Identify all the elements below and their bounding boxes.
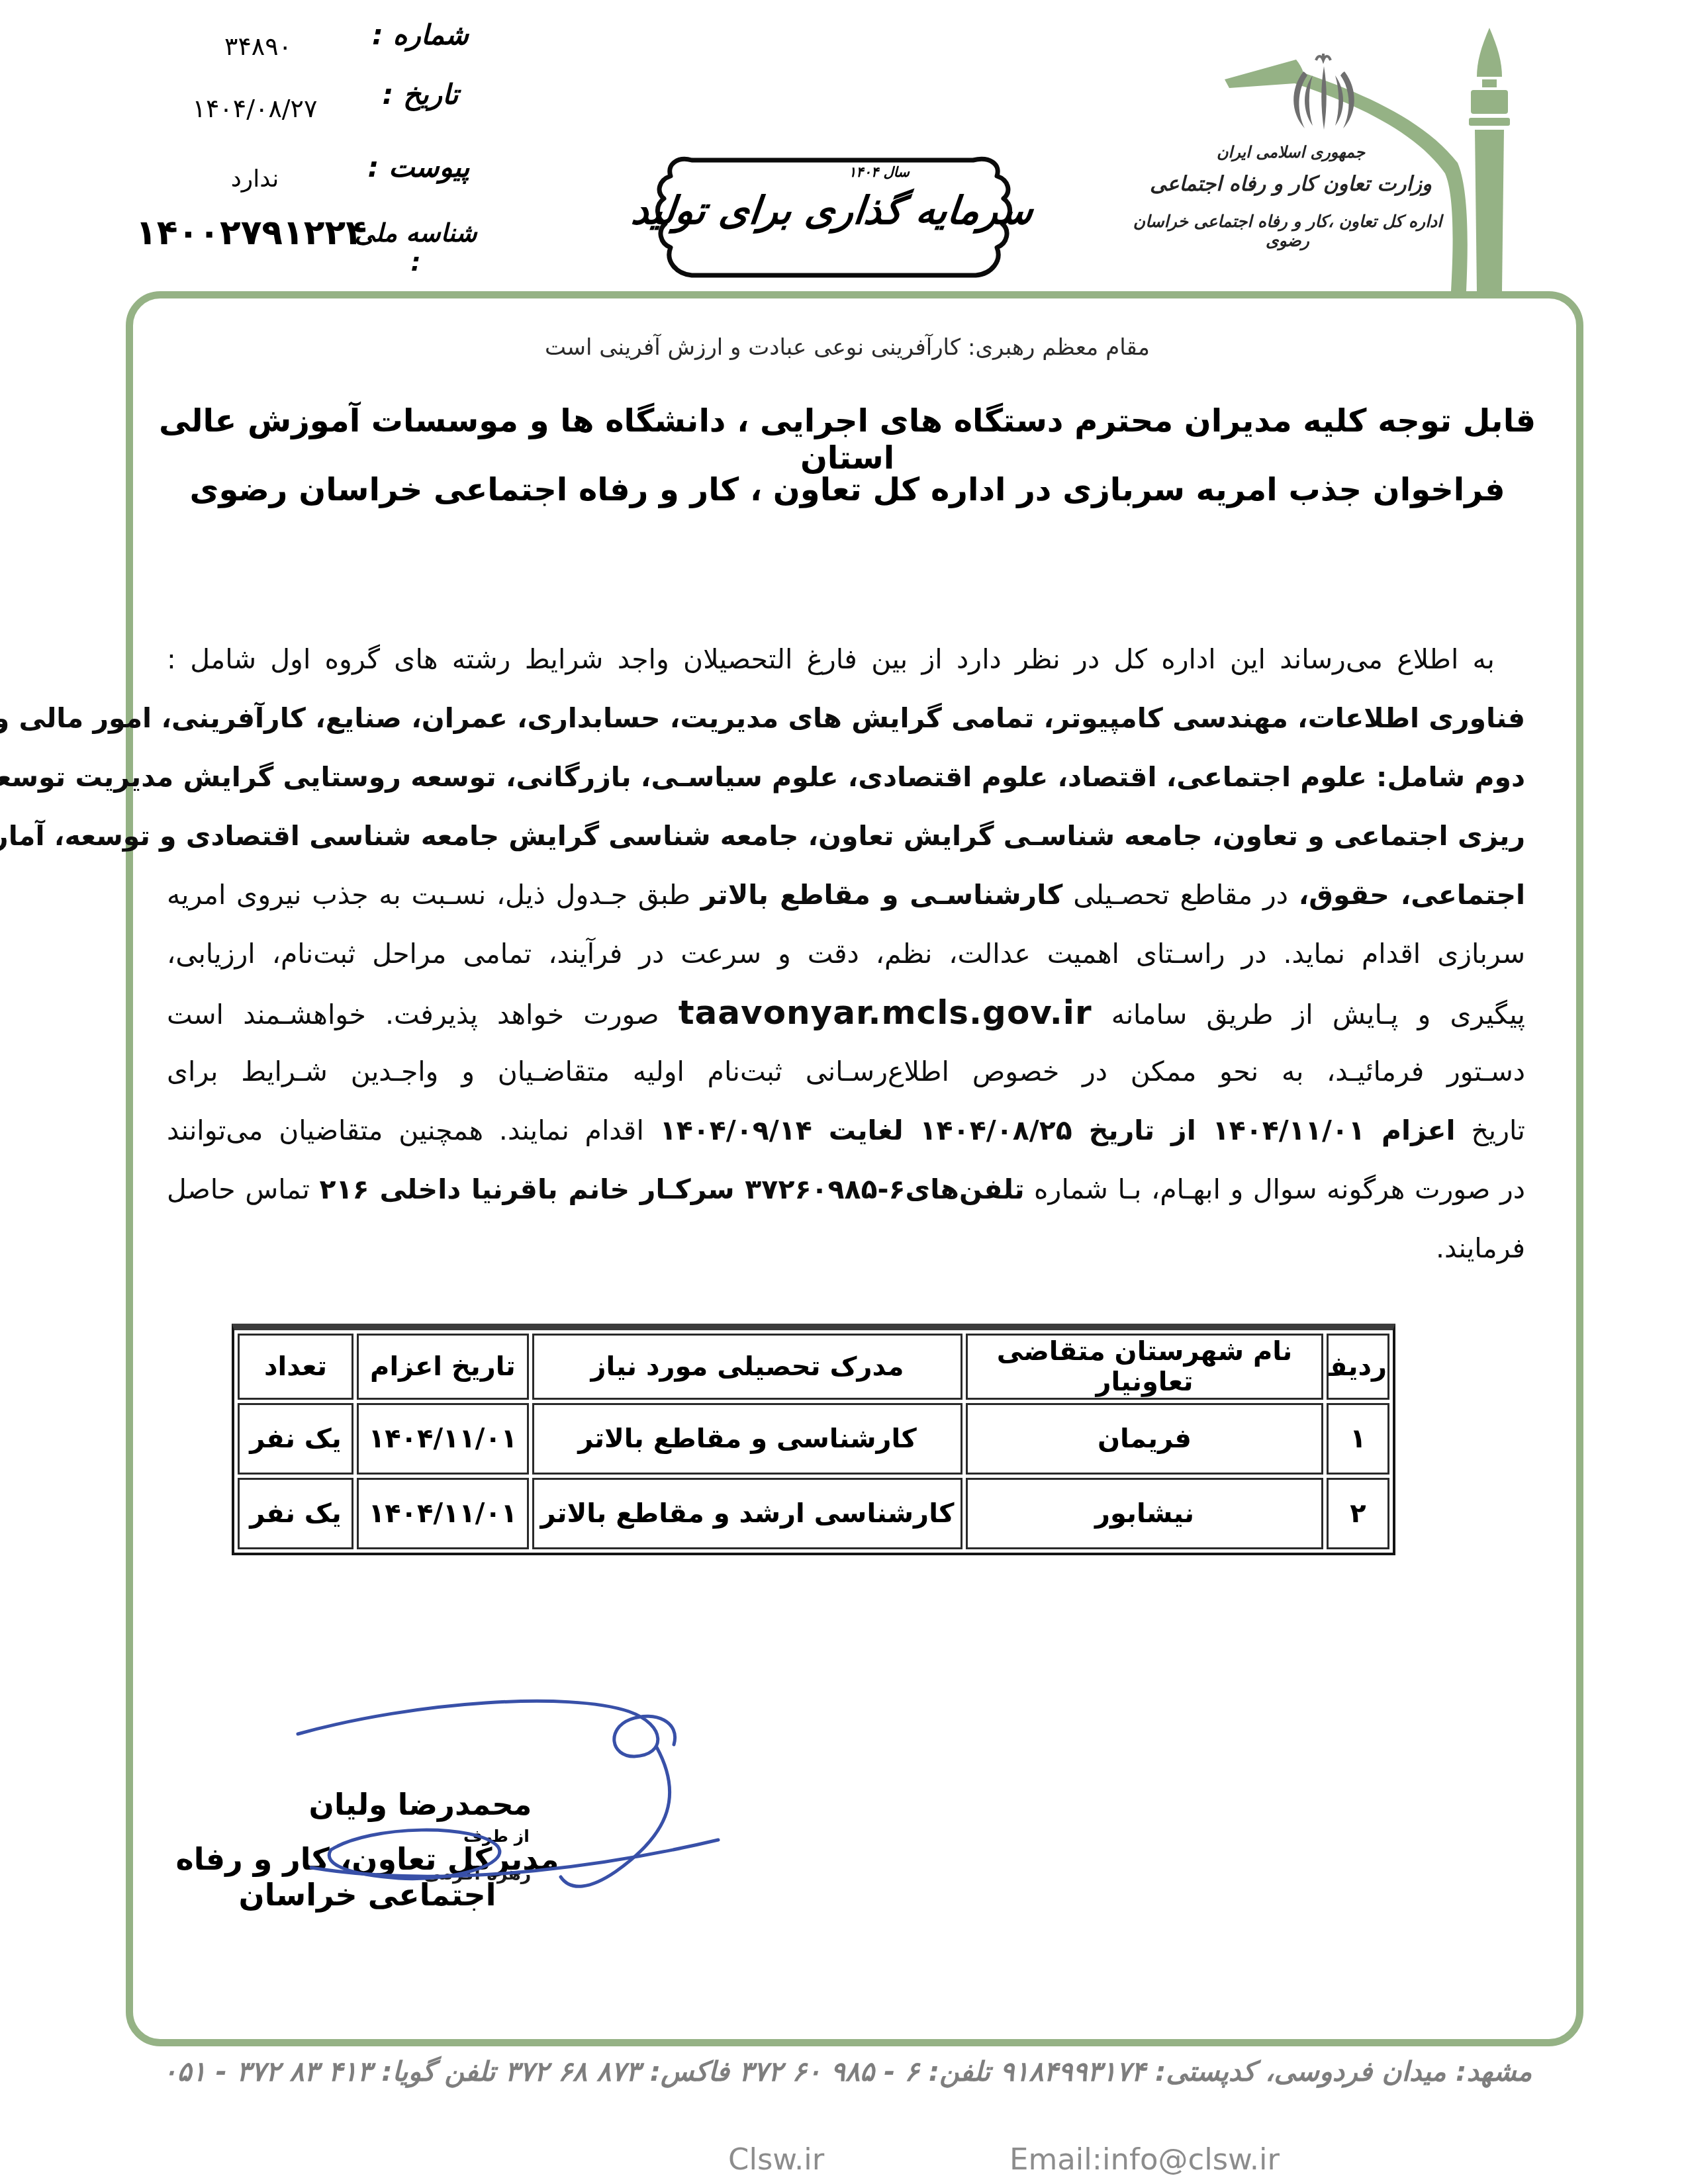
footer-phone-number: ۳۷۲ ۶۰ ۹۸۵ - ۶ (739, 2056, 919, 2087)
table-cell: ۲ (1327, 1478, 1389, 1549)
table-header-cell: تاریخ اعزام (357, 1334, 529, 1400)
slogan-text: سرمایه گذاری برای تولید (626, 188, 1038, 233)
table-cell: نیشابور (966, 1478, 1323, 1549)
logo-office-line: اداره کل تعاون ،کار و رفاه اجتماعی خراسا… (1115, 212, 1460, 250)
footer-phone-number: ۰۵۱ - ۳۷۲ ۸۳ ۴۱۳ (163, 2056, 372, 2087)
leader-quote: مقام معظم رهبری: کارآفرینی نوعی عبادت و … (126, 334, 1569, 361)
body-run: تلفن‌های۶-۳۷۲۶۰۹۸۵ سرکـار خانم باقرنیا د… (320, 1173, 1025, 1205)
body-run: اعزام ۱۴۰۴/۱۱/۰۱ از تاریخ ۱۴۰۴/۰۸/۲۵ لغا… (660, 1115, 1456, 1146)
table-header-cell: ردیف (1327, 1334, 1389, 1400)
body-run: در صورت هرگونه سوال و ابهـام، بـا شماره (1025, 1173, 1525, 1205)
official-letter-page: شماره : ۳۴۸۹۰ تاریخ : ۱۴۰۴/۰۸/۲۷ پیوست :… (0, 0, 1688, 2184)
table-cell: یک نفر (238, 1478, 353, 1549)
attachment-label: پیوست : (361, 151, 477, 183)
date-label: تاریخ : (367, 78, 473, 111)
body-run: صورت خواهد پذیرفت. خواهشـمند است (167, 999, 679, 1030)
body-run: طبق جـدول ذیل، نسـبت به جذب نیروی امریه (167, 879, 701, 911)
logo-country-line: جمهوری اسلامی ایران (1125, 143, 1456, 161)
body-paragraph: به اطلاع می‌رساند این اداره کل در نظر دا… (167, 630, 1525, 1278)
table-header-cell: تعداد (238, 1334, 353, 1400)
body-run: ریزی اجتماعی و تعاون، جامعه شناسـی گرایش… (0, 820, 1525, 852)
body-run: در مقاطع تحصـیلی (1062, 879, 1298, 911)
footer-phone-number: ۳۷۲ ۶۸ ۸۷۳ (505, 2056, 641, 2087)
table-header-row: ردیفنام شهرستان متقاضی تعاونیارمدرک تحصی… (238, 1334, 1389, 1400)
slogan-year: سال ۱۴۰۴ (849, 164, 910, 180)
body-line: در صورت هرگونه سوال و ابهـام، بـا شماره … (167, 1160, 1525, 1219)
requirements-table: ردیفنام شهرستان متقاضی تعاونیارمدرک تحصی… (232, 1324, 1395, 1555)
table-cell: کارشناسی ارشد و مقاطع بالاتر (532, 1478, 962, 1549)
body-line: دوم شامل: علوم اجتماعی، اقتصاد، علوم اقت… (167, 748, 1525, 807)
footer-contact-line: مشهد: میدان فردوسی، کدپستی: ۹۱۸۴۹۹۳۱۷۴ ت… (126, 2056, 1569, 2087)
ministry-logo: جمهوری اسلامی ایران وزارت تعاون کار و رف… (1125, 13, 1615, 291)
body-run: سربازی اقدام نماید. در راسـتای اهمیت عدا… (167, 938, 1525, 970)
body-line: دسـتور فرمائیـد، به نحو ممکن در خصوص اطل… (167, 1042, 1525, 1101)
body-run: اجتماعی، حقوق، (1299, 879, 1525, 911)
table-cell: فریمان (966, 1403, 1323, 1475)
number-value: ۳۴۸۹۰ (152, 32, 364, 61)
body-run: پیگیری و پـایش از طریق سامانه (1092, 999, 1525, 1030)
footer-text-run: مشهد: میدان فردوسی، کدپستی: ۹۱۸۴۹۹۳۱۷۴ ت… (919, 2056, 1532, 2087)
national-id-value: ۱۴۰۰۲۷۹۱۲۲۴ (127, 213, 375, 253)
footer-website: Clsw.ir (728, 2142, 824, 2177)
footer-divider-line (154, 2039, 1552, 2045)
body-run: دوم شامل: علوم اجتماعی، اقتصاد، علوم اقت… (0, 761, 1525, 793)
body-line: پیگیری و پـایش از طریق سامانه taavonyar.… (167, 983, 1525, 1042)
body-run: تماس حاصل (167, 1173, 320, 1205)
footer-text-run: فاکس: (640, 2056, 739, 2087)
body-run: فرمایند. (1436, 1232, 1525, 1264)
table-cell: ۱ (1327, 1403, 1389, 1475)
footer-email: Email:info@clsw.ir (1009, 2142, 1280, 2177)
signature-scribble-icon (285, 1681, 728, 1906)
table-header-cell: مدرک تحصیلی مورد نیاز (532, 1334, 962, 1400)
footer-text-run: تلفن گویا: (372, 2056, 505, 2087)
table-cell: یک نفر (238, 1403, 353, 1475)
table-cell: ۱۴۰۴/۱۱/۰۱ (357, 1403, 529, 1475)
letter-title-line1: قابل توجه کلیه مدیران محترم دستگاه های ا… (126, 402, 1569, 477)
body-run: دسـتور فرمائیـد، به نحو ممکن در خصوص اطل… (167, 1056, 1525, 1087)
portal-url-text: taavonyar.mcls.gov.ir (679, 993, 1092, 1032)
body-line: به اطلاع می‌رساند این اداره کل در نظر دا… (167, 630, 1525, 689)
body-line: ریزی اجتماعی و تعاون، جامعه شناسـی گرایش… (167, 807, 1525, 866)
body-run: به اطلاع می‌رساند این اداره کل در نظر دا… (167, 643, 1495, 675)
body-line: سربازی اقدام نماید. در راسـتای اهمیت عدا… (167, 925, 1525, 983)
number-label: شماره : (367, 19, 473, 51)
logo-ministry-line: وزارت تعاون کار و رفاه اجتماعی (1125, 172, 1456, 196)
requirements-table-wrap: ردیفنام شهرستان متقاضی تعاونیارمدرک تحصی… (240, 1324, 1395, 1555)
table-row: ۱فریمانکارشناسی و مقاطع بالاتر۱۴۰۴/۱۱/۰۱… (238, 1403, 1389, 1475)
body-line: تاریخ اعزام ۱۴۰۴/۱۱/۰۱ از تاریخ ۱۴۰۴/۰۸/… (167, 1101, 1525, 1160)
attachment-value: ندارد (169, 165, 341, 193)
body-run: اقدام نمایند. همچنین متقاضیان می‌توانند (167, 1115, 660, 1146)
letter-title-line2: فراخوان جذب امریه سربازی در اداره کل تعا… (126, 471, 1569, 508)
table-cell: کارشناسی و مقاطع بالاتر (532, 1403, 962, 1475)
body-run: فناوری اطلاعات، مهندسی کامپیوتر، تمامی گ… (0, 702, 1525, 734)
table-header-cell: نام شهرستان متقاضی تعاونیار (966, 1334, 1323, 1400)
body-line: فرمایند. (167, 1219, 1525, 1278)
date-value: ۱۴۰۴/۰۸/۲۷ (142, 94, 367, 123)
body-line: اجتماعی، حقوق، در مقاطع تحصـیلی کارشناسـ… (167, 866, 1525, 925)
body-run: کارشناسـی و مقاطع بالاتر (701, 879, 1063, 911)
body-run: تاریخ (1456, 1115, 1525, 1146)
table-row: ۲نیشابورکارشناسی ارشد و مقاطع بالاتر۱۴۰۴… (238, 1478, 1389, 1549)
body-line: فناوری اطلاعات، مهندسی کامپیوتر، تمامی گ… (167, 689, 1525, 748)
iran-emblem-icon (1274, 52, 1374, 151)
table-cell: ۱۴۰۴/۱۱/۰۱ (357, 1478, 529, 1549)
year-slogan-cartouche: سال ۱۴۰۴ سرمایه گذاری برای تولید (629, 154, 1036, 283)
